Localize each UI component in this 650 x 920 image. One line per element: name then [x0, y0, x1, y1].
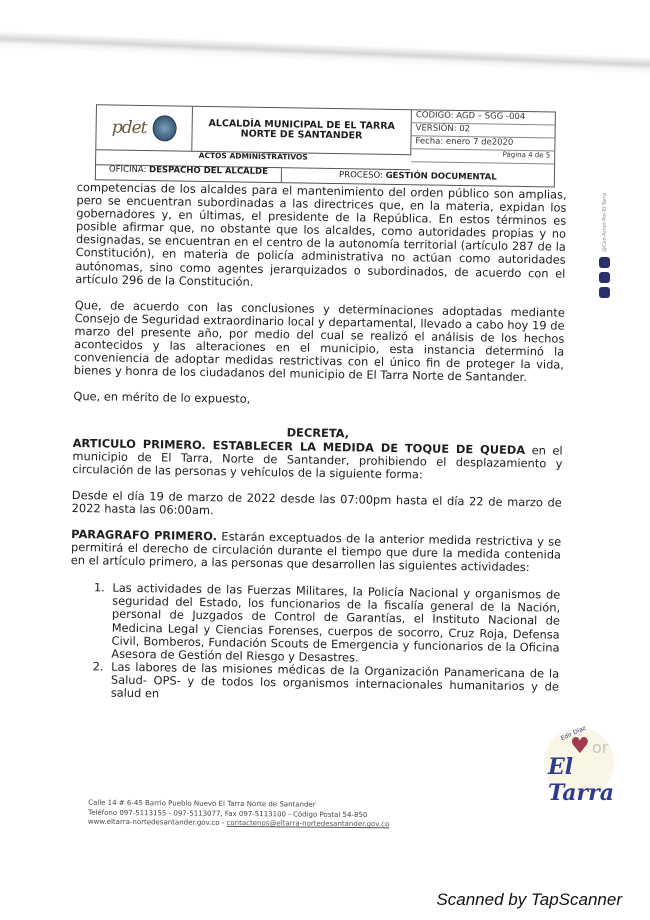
paragraph-merito: Que, en mérito de lo expuesto,: [73, 390, 563, 411]
twitter-icon: [599, 287, 610, 298]
social-strip: @Con-Amor-Por-El-Tarra: [594, 160, 618, 300]
exceptions-list: Las actividades de las Fuerzas Militares…: [69, 581, 561, 707]
proceso-value: GESTIÓN DOCUMENTAL: [386, 171, 497, 183]
institution-title: ALCALDÍA MUNICIPAL DE EL TARRA NORTE DE …: [192, 107, 412, 155]
document-body: competencias de los alcaldes para el man…: [69, 181, 567, 707]
footer-website[interactable]: www.eltarra-nortedesantander.gov.co: [88, 818, 220, 827]
list-item: Las labores de las misiones médicas de l…: [107, 660, 560, 706]
document-footer: Calle 14 # 6-45 Barrio Pueblo Nuevo El T…: [88, 799, 390, 830]
el-tarra-stamp-logo: Edir Diaz ♥ or El Tarra: [540, 728, 626, 798]
articulo-primero: ARTICULO PRIMERO. ESTABLECER LA MEDIDA D…: [72, 436, 563, 483]
paragraph-consejo: Que, de acuerdo con las conclusiones y d…: [74, 299, 565, 385]
stamp-el-tarra: El Tarra: [548, 754, 626, 806]
page-number: Página 4 de 5: [411, 149, 554, 164]
municipal-seal-icon: [152, 115, 176, 141]
oficina-value: DESPACHO DEL ALCALDE: [149, 165, 268, 177]
footer-web-line: www.eltarra-nortedesantander.gov.co - co…: [88, 818, 389, 830]
curfew-schedule: Desde el día 19 de marzo de 2022 desde l…: [72, 489, 562, 523]
document-header-table: pdet ALCALDÍA MUNICIPAL DE EL TARRA NORT…: [95, 104, 556, 187]
header-logos: pdet: [96, 105, 193, 152]
document-page: pdet ALCALDÍA MUNICIPAL DE EL TARRA NORT…: [69, 104, 568, 707]
institution-line2: NORTE DE SANTANDER: [241, 130, 363, 142]
paragrafo-primero: PARAGRAFO PRIMERO. Estarán exceptuados d…: [71, 528, 562, 575]
footer-separator: -: [220, 819, 227, 827]
proceso-label: PROCESO:: [339, 170, 386, 181]
scan-edge-shadow: [0, 30, 650, 76]
facebook-icon: [599, 272, 610, 283]
oficina-label: OFICINA:: [109, 164, 149, 175]
social-handle: @Con-Amor-Por-El-Tarra: [602, 160, 612, 252]
scanner-watermark: Scanned by TapScanner: [436, 890, 622, 910]
list-item: Las actividades de las Fuerzas Militares…: [107, 582, 560, 668]
footer-email-link[interactable]: contactenos@eltarra-nortedesantander.gov…: [227, 819, 390, 828]
paragraph-competencias: competencias de los alcaldes para el man…: [75, 181, 567, 293]
instagram-icon: [599, 257, 610, 268]
oficina: OFICINA: DESPACHO DEL ALCALDE: [96, 165, 282, 182]
pdet-logo: pdet: [112, 118, 147, 137]
